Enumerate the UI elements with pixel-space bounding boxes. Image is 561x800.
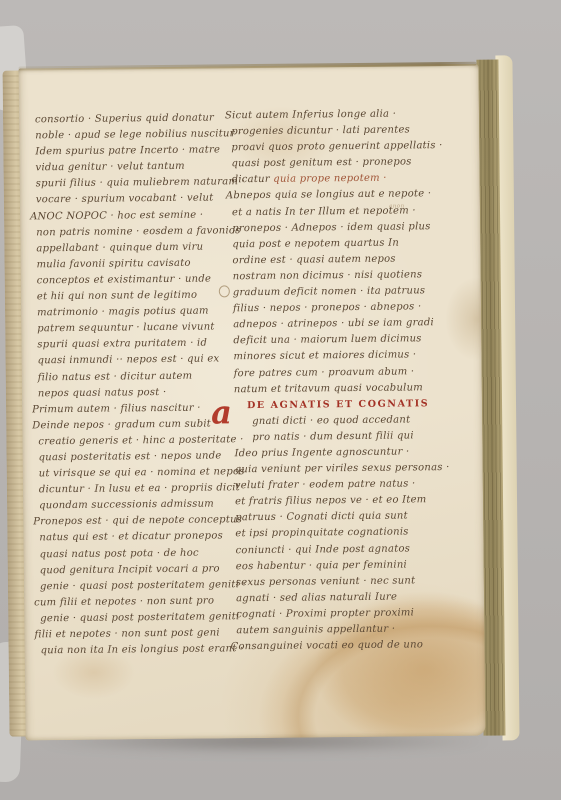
manuscript-line: conceptos et existimantur · unde bbox=[37, 271, 237, 289]
manuscript-line: cum filii et nepotes · non sunt pro bbox=[40, 593, 240, 611]
manuscript-line: filius · nepos · pronepos · abnepos · bbox=[233, 299, 423, 317]
manuscript-line: Deinde nepos · gradum cum subit bbox=[38, 416, 238, 434]
manuscript-line: dicatur quia prope nepotem · bbox=[232, 171, 422, 189]
manuscript-line: quasi post genitum est · pronepos bbox=[231, 155, 421, 173]
manuscript-line: natus qui est · et dicatur pronepos bbox=[39, 529, 239, 547]
text-column-right: Sicut autem Inferius longe alia ·progeni… bbox=[231, 106, 427, 655]
manuscript-line: gnati dicti · eo quod accedant bbox=[234, 412, 424, 430]
manuscript-line: quasi inmundi ·· nepos est · qui ex bbox=[37, 352, 237, 370]
manuscript-line: Consanguinei vocati eo quod de uno bbox=[236, 637, 426, 655]
manuscript-line: cognati · Proximi propter proximi bbox=[236, 605, 426, 623]
manuscript-line: Abnepos quia se longius aut e nepote · bbox=[232, 187, 422, 205]
manuscript-line: ordine est · quasi autem nepos bbox=[232, 251, 422, 269]
manuscript-line: quia non ita In eis longius post erant · bbox=[41, 641, 241, 659]
red-initial-letter: a bbox=[211, 397, 232, 427]
manuscript-line: nostram non dicimus · nisi quotiens bbox=[233, 267, 423, 285]
manuscript-line: graduum deficit nomen · ita patruus bbox=[233, 283, 423, 301]
manuscript-line: patruus · Cognati dicti quia sunt bbox=[235, 509, 425, 527]
manuscript-line: patrem sequuntur · lucane vivunt bbox=[37, 319, 237, 337]
manuscript-line: Idem spurius patre Incerto · matre bbox=[35, 142, 235, 160]
manuscript-line: adnepos · atrinepos · ubi se iam gradi bbox=[233, 316, 423, 334]
manuscript-line: quia veniunt per viriles sexus personas … bbox=[235, 460, 425, 478]
manuscript-codex: consortio · Superius quid donaturnoble ·… bbox=[2, 55, 517, 748]
manuscript-line: eos habentur · quia per feminini bbox=[236, 557, 426, 575]
marginal-ring-mark bbox=[219, 285, 230, 297]
manuscript-line: et fratris filius nepos ve · et eo Item bbox=[235, 493, 425, 511]
parchment-page: consortio · Superius quid donaturnoble ·… bbox=[18, 64, 485, 741]
manuscript-line: proavi quos proto genuerint appellatis · bbox=[231, 138, 421, 156]
manuscript-line: quod genitura Incipit vocari a pro bbox=[40, 561, 240, 579]
manuscript-line: sexus personas veniunt · nec sunt bbox=[236, 573, 426, 591]
text-column-left: consortio · Superius quid donaturnoble ·… bbox=[35, 110, 241, 659]
manuscript-line: fore patres cum · proavum abum · bbox=[234, 364, 424, 382]
manuscript-line: vocare · spurium vocabant · velut bbox=[36, 191, 236, 209]
manuscript-line: genie · quasi post posteritatem geniti · bbox=[40, 577, 240, 595]
manuscript-line: coniuncti · qui Inde post agnatos bbox=[235, 541, 425, 559]
manuscript-line: quia post e nepotem quartus In bbox=[232, 235, 422, 253]
manuscript-line: Sicut autem Inferius longe alia · bbox=[231, 106, 421, 124]
manuscript-line: DE AGNATIS ET COGNATIS bbox=[234, 396, 424, 414]
manuscript-line: minores sicut et maiores dicimus · bbox=[233, 348, 423, 366]
manuscript-line: pronepos · Adnepos · idem quasi plus bbox=[232, 219, 422, 237]
manuscript-line: non patris nomine · eosdem a favonios bbox=[36, 223, 236, 241]
manuscript-line: pro natis · dum desunt filii qui bbox=[234, 428, 424, 446]
manuscript-line: agnati · sed alias naturali Iure bbox=[236, 589, 426, 607]
manuscript-line: et ipsi propinquitate cognationis bbox=[235, 525, 425, 543]
manuscript-line: veluti frater · eodem patre natus · bbox=[235, 476, 425, 494]
manuscript-line: progenies dicuntur · lati parentes bbox=[231, 122, 421, 140]
manuscript-line: deficit una · maiorum luem dicimus bbox=[233, 332, 423, 350]
marginal-gloss: anon bbox=[389, 203, 405, 209]
manuscript-line: natum et tritavum quasi vocabulum bbox=[234, 380, 424, 398]
manuscript-line: autem sanguinis appellantur · bbox=[236, 621, 426, 639]
manuscript-line: Ideo prius Ingente agnoscuntur · bbox=[234, 444, 424, 462]
